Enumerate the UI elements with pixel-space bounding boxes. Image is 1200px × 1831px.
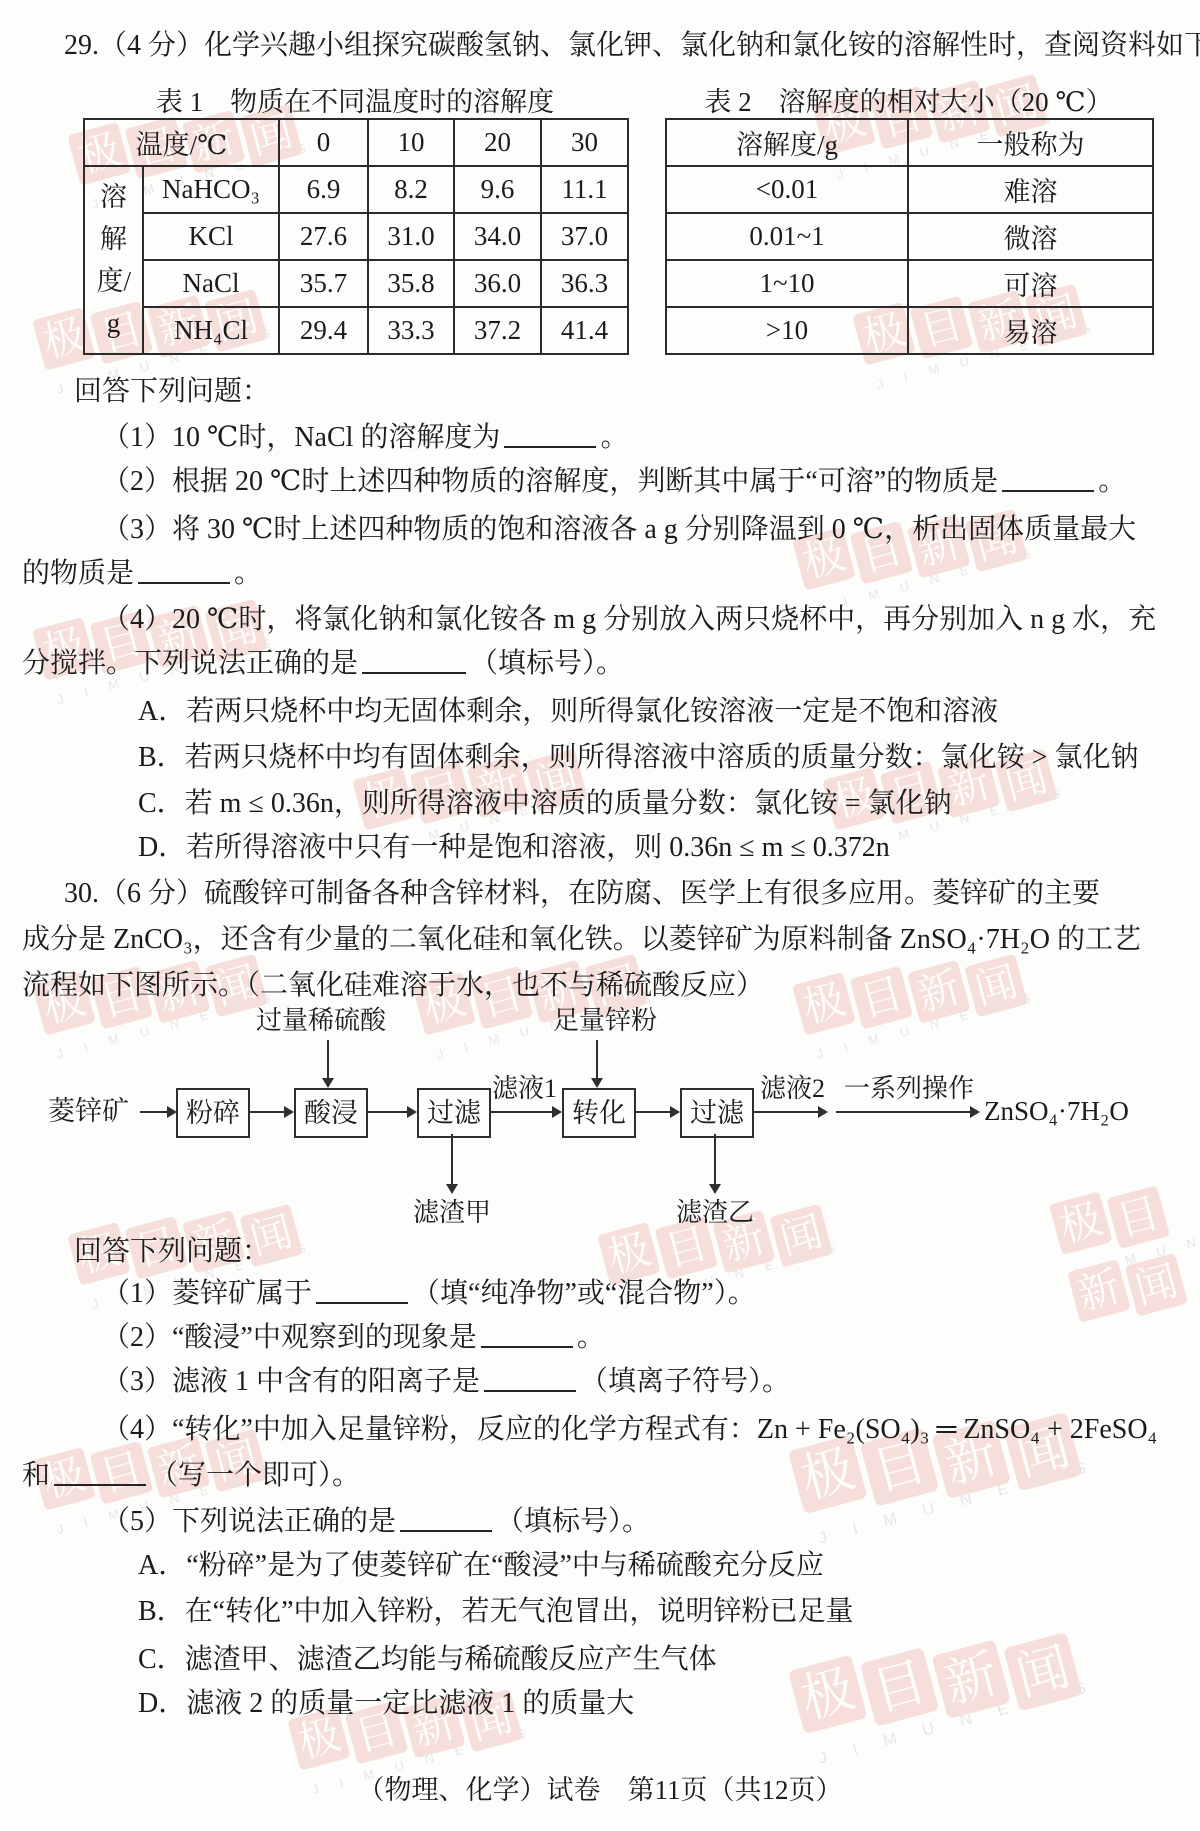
residue2-label: 滤渣乙 bbox=[676, 1198, 754, 1228]
table-row: 0.01~1 微溶 bbox=[666, 213, 1153, 260]
relative-solubility-table: 溶解度/g 一般称为 <0.01 难溶 0.01~1 微溶 1~10 可溶 >1… bbox=[665, 118, 1154, 355]
value-cell: 31.0 bbox=[368, 213, 454, 260]
q30-sub3: （3）滤液 1 中含有的阳离子是（填离子符号）。 bbox=[102, 1364, 790, 1400]
q30-answer-prompt: 回答下列问题： bbox=[74, 1234, 270, 1270]
q29-sub1-tail: 。 bbox=[600, 422, 628, 453]
exam-page: 极目新闻J I M U N E W S极目新闻J I M U N E W S极目… bbox=[0, 0, 1200, 1831]
range-cell: 1~10 bbox=[666, 260, 908, 307]
table-row: 1~10 可溶 bbox=[666, 260, 1153, 307]
q29-sub4-tail: （填标号）。 bbox=[470, 648, 624, 679]
filtrate1-label: 滤液1 bbox=[492, 1074, 557, 1104]
input-arrow bbox=[596, 1040, 598, 1086]
value-cell: 35.8 bbox=[368, 260, 454, 307]
flow-arrow bbox=[836, 1111, 978, 1113]
q29-answer-prompt: 回答下列问题： bbox=[74, 374, 270, 410]
product-label: ZnSO₄·7H₂O bbox=[984, 1096, 1129, 1126]
q29-option-b: B．若两只烧杯中均有固体剩余，则所得溶液中溶质的质量分数：氯化铵 > 氯化钠 bbox=[138, 740, 1138, 776]
table-row: NH₄Cl 29.4 33.3 37.2 41.4 bbox=[84, 307, 628, 354]
answer-blank bbox=[362, 646, 466, 674]
q30-sub2-text: （2）“酸浸”中观察到的现象是 bbox=[102, 1322, 477, 1353]
substance-cell: KCl bbox=[143, 213, 279, 260]
answer-blank bbox=[138, 556, 230, 584]
q30-intro-line3: 流程如下图所示。（二氧化硅难溶于水，也不与稀硫酸反应） bbox=[22, 968, 764, 1004]
substance-cell: NH₄Cl bbox=[143, 307, 279, 354]
q29-sub4-line1: （4）20 ℃时，将氯化钠和氯化铵各 m g 分别放入两只烧杯中，再分别加入 n… bbox=[102, 602, 1156, 638]
value-cell: 27.6 bbox=[279, 213, 368, 260]
table-row: 溶解度/g 一般称为 bbox=[666, 119, 1153, 166]
flow-arrow bbox=[634, 1111, 678, 1113]
answer-blank bbox=[400, 1504, 492, 1532]
watermark-character: 闻 bbox=[1124, 1253, 1188, 1317]
page-footer: （物理、化学）试卷 第11页（共12页） bbox=[0, 1768, 1200, 1807]
answer-blank bbox=[316, 1276, 408, 1304]
q30-sub2-tail: 。 bbox=[577, 1322, 605, 1353]
substance-cell: NaCl bbox=[143, 260, 279, 307]
term-cell: 难溶 bbox=[908, 166, 1153, 213]
q29-sub1-text: （1）10 ℃时，NaCl 的溶解度为 bbox=[102, 422, 500, 453]
q30-sub4-line2: 和（写一个即可）。 bbox=[22, 1458, 360, 1494]
q30-sub4-tail: （写一个即可）。 bbox=[150, 1460, 360, 1491]
solubility-vertical-label: 溶解度/g bbox=[97, 176, 131, 344]
temp-header-cell: 20 bbox=[454, 119, 541, 166]
flow-arrow bbox=[752, 1111, 826, 1113]
temp-header-cell: 0 bbox=[279, 119, 368, 166]
q29-intro: 29.（4 分）化学兴趣小组探究碳酸氢钠、氯化钾、氯化钠和氯化铵的溶解性时，查阅… bbox=[64, 28, 1200, 64]
table-row: KCl 27.6 31.0 34.0 37.0 bbox=[84, 213, 628, 260]
input-arrow bbox=[327, 1040, 329, 1086]
ore-input-label: 菱锌矿 bbox=[48, 1096, 129, 1126]
process-box-convert: 转化 bbox=[562, 1088, 636, 1138]
flow-arrow bbox=[248, 1111, 292, 1113]
q30-option-d: D．滤液 2 的质量一定比滤液 1 的质量大 bbox=[138, 1686, 634, 1722]
q29-sub3-tail: 。 bbox=[234, 558, 262, 589]
down-arrow bbox=[451, 1134, 453, 1192]
process-box-acid-leach: 酸浸 bbox=[294, 1088, 368, 1138]
q29-sub3-line1: （3）将 30 ℃时上述四种物质的饱和溶液各 a g 分别降温到 0 ℃，析出固… bbox=[102, 512, 1136, 548]
q30-sub4-text: 和 bbox=[22, 1460, 50, 1491]
range-cell: >10 bbox=[666, 307, 908, 354]
q30-sub2: （2）“酸浸”中观察到的现象是。 bbox=[102, 1320, 605, 1356]
value-cell: 33.3 bbox=[368, 307, 454, 354]
value-cell: 41.4 bbox=[541, 307, 628, 354]
header-cell: 溶解度/g bbox=[666, 119, 908, 166]
table-row: >10 易溶 bbox=[666, 307, 1153, 354]
process-flow-diagram: 过量稀硫酸 足量锌粉 菱锌矿 粉碎 酸浸 过滤 滤液1 转化 过滤 滤液2 一系… bbox=[20, 1000, 1180, 1232]
down-arrow bbox=[714, 1134, 716, 1192]
solubility-temperature-table: 温度/℃ 0 10 20 30 溶解度/g NaHCO₃ 6.9 8.2 9.6… bbox=[83, 118, 629, 355]
q30-sub1-tail: （填“纯净物”或“混合物”）。 bbox=[412, 1278, 756, 1309]
term-cell: 可溶 bbox=[908, 260, 1153, 307]
q29-option-d: D．若所得溶液中只有一种是饱和溶液，则 0.36n ≤ m ≤ 0.372n bbox=[138, 830, 890, 866]
header-cell: 一般称为 bbox=[908, 119, 1153, 166]
table-row: NaCl 35.7 35.8 36.0 36.3 bbox=[84, 260, 628, 307]
corner-header-cell: 温度/℃ bbox=[84, 119, 279, 166]
table2-caption: 表 2 溶解度的相对大小（20 ℃） bbox=[665, 80, 1152, 119]
answer-blank bbox=[1002, 464, 1094, 492]
q29-sub4-text: 分搅拌。下列说法正确的是 bbox=[22, 648, 358, 679]
answer-blank bbox=[54, 1458, 146, 1486]
value-cell: 37.0 bbox=[541, 213, 628, 260]
q29-sub3-line2: 的物质是。 bbox=[22, 556, 262, 592]
excess-dilute-sulfuric-acid-label: 过量稀硫酸 bbox=[256, 1006, 386, 1036]
watermark-character: 极 bbox=[788, 1655, 868, 1735]
value-cell: 8.2 bbox=[368, 166, 454, 213]
q29-sub4-line2: 分搅拌。下列说法正确的是（填标号）。 bbox=[22, 646, 624, 682]
value-cell: 29.4 bbox=[279, 307, 368, 354]
answer-blank bbox=[504, 420, 596, 448]
answer-blank bbox=[484, 1364, 576, 1392]
residue1-label: 滤渣甲 bbox=[413, 1198, 491, 1228]
q30-sub3-tail: （填离子符号）。 bbox=[580, 1366, 790, 1397]
q29-sub1: （1）10 ℃时，NaCl 的溶解度为。 bbox=[102, 420, 628, 456]
q29-option-a: A．若两只烧杯中均无固体剩余，则所得氯化铵溶液一定是不饱和溶液 bbox=[138, 694, 998, 730]
process-box-filter-2: 过滤 bbox=[680, 1088, 754, 1138]
filtrate2-label: 滤液2 bbox=[760, 1074, 825, 1104]
sufficient-zinc-powder-label: 足量锌粉 bbox=[553, 1006, 657, 1036]
watermark-subtext: J I M U N E W S bbox=[817, 1675, 1099, 1767]
table-row: <0.01 难溶 bbox=[666, 166, 1153, 213]
flow-arrow bbox=[489, 1111, 560, 1113]
watermark-character: 闻 bbox=[1003, 1632, 1083, 1712]
value-cell: 35.7 bbox=[279, 260, 368, 307]
value-cell: 6.9 bbox=[279, 166, 368, 213]
watermark-character: 新 bbox=[931, 1640, 1011, 1720]
q29-sub2-text: （2）根据 20 ℃时上述四种物质的溶解度，判断其中属于“可溶”的物质是 bbox=[102, 466, 998, 497]
q30-option-a: A．“粉碎”是为了使菱锌矿在“酸浸”中与稀硫酸充分反应 bbox=[138, 1548, 824, 1584]
series-of-operations-label: 一系列操作 bbox=[844, 1074, 974, 1104]
q30-sub3-text: （3）滤液 1 中含有的阳离子是 bbox=[102, 1366, 480, 1397]
process-box-filter-1: 过滤 bbox=[417, 1088, 491, 1138]
q30-sub1-text: （1）菱锌矿属于 bbox=[102, 1278, 312, 1309]
watermark-subtext: J I M U N E W S bbox=[817, 1455, 1099, 1547]
q30-sub5-tail: （填标号）。 bbox=[496, 1506, 650, 1537]
value-cell: 37.2 bbox=[454, 307, 541, 354]
q30-sub5-text: （5）下列说法正确的是 bbox=[102, 1506, 396, 1537]
flow-arrow bbox=[140, 1111, 175, 1113]
watermark-character: 新 bbox=[1067, 1259, 1131, 1323]
process-box-crush: 粉碎 bbox=[176, 1088, 250, 1138]
table-row: 溶解度/g NaHCO₃ 6.9 8.2 9.6 11.1 bbox=[84, 166, 628, 213]
term-cell: 微溶 bbox=[908, 213, 1153, 260]
q30-sub5: （5）下列说法正确的是（填标号）。 bbox=[102, 1504, 650, 1540]
q29-option-c: C．若 m ≤ 0.36n，则所得溶液中溶质的质量分数：氯化铵 = 氯化钠 bbox=[138, 786, 952, 822]
temp-header-cell: 10 bbox=[368, 119, 454, 166]
q30-intro-line1: 30.（6 分）硫酸锌可制备各种含锌材料，在防腐、医学上有很多应用。菱锌矿的主要 bbox=[64, 876, 1100, 912]
value-cell: 9.6 bbox=[454, 166, 541, 213]
term-cell: 易溶 bbox=[908, 307, 1153, 354]
answer-blank bbox=[481, 1320, 573, 1348]
q30-sub1: （1）菱锌矿属于（填“纯净物”或“混合物”）。 bbox=[102, 1276, 756, 1312]
temp-header-cell: 30 bbox=[541, 119, 628, 166]
range-cell: 0.01~1 bbox=[666, 213, 908, 260]
range-cell: <0.01 bbox=[666, 166, 908, 213]
q29-sub2-tail: 。 bbox=[1098, 466, 1126, 497]
substance-cell: NaHCO₃ bbox=[143, 166, 279, 213]
value-cell: 34.0 bbox=[454, 213, 541, 260]
q30-intro-line2: 成分是 ZnCO₃，还含有少量的二氧化硅和氧化铁。以菱锌矿为原料制备 ZnSO₄… bbox=[22, 922, 1141, 958]
table1-caption: 表 1 物质在不同温度时的溶解度 bbox=[83, 80, 627, 119]
flow-arrow bbox=[366, 1111, 415, 1113]
q30-option-c: C．滤渣甲、滤渣乙均能与稀硫酸反应产生气体 bbox=[138, 1642, 717, 1678]
q29-sub3-text: 的物质是 bbox=[22, 558, 134, 589]
value-cell: 36.0 bbox=[454, 260, 541, 307]
watermark-character: 目 bbox=[860, 1647, 940, 1727]
q30-option-b: B．在“转化”中加入锌粉，若无气泡冒出，说明锌粉已足量 bbox=[138, 1594, 854, 1630]
value-cell: 11.1 bbox=[541, 166, 628, 213]
table-row: 温度/℃ 0 10 20 30 bbox=[84, 119, 628, 166]
q30-sub4-line1: （4）“转化”中加入足量锌粉，反应的化学方程式有：Zn + Fe₂(SO₄)₃ … bbox=[102, 1412, 1157, 1448]
value-cell: 36.3 bbox=[541, 260, 628, 307]
row-group-label-cell: 溶解度/g bbox=[84, 166, 143, 354]
q29-sub2: （2）根据 20 ℃时上述四种物质的溶解度，判断其中属于“可溶”的物质是。 bbox=[102, 464, 1126, 500]
